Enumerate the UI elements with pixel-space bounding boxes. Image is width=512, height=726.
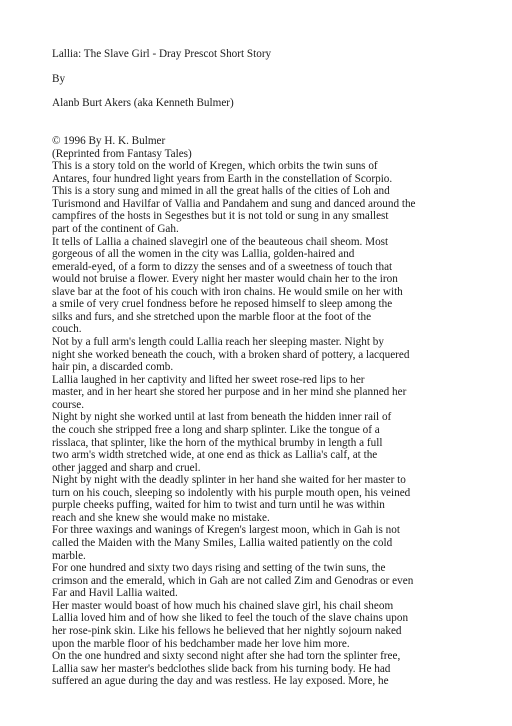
text-line: This is a story told on the world of Kre…	[52, 160, 492, 173]
text-line: This is a story sung and mimed in all th…	[52, 185, 492, 198]
text-line: night she worked beneath the couch, with…	[52, 349, 492, 362]
author-line: Alanb Burt Akers (aka Kenneth Bulmer)	[52, 97, 234, 110]
text-line: Her master would boast of how much his c…	[52, 600, 492, 613]
text-line: her rose-pink skin. Like his fellows he …	[52, 625, 492, 638]
text-line: master, and in her heart she stored her …	[52, 386, 492, 399]
text-line: For three waxings and wanings of Kregen'…	[52, 524, 492, 537]
text-line: marble.	[52, 550, 492, 563]
text-line: course.	[52, 399, 492, 412]
text-line: purple cheeks puffing, waited for him to…	[52, 499, 492, 512]
text-line: risslaca, that splinter, like the horn o…	[52, 437, 492, 450]
story-body: © 1996 By H. K. Bulmer (Reprinted from F…	[52, 135, 492, 688]
text-line: the couch she stripped free a long and s…	[52, 424, 492, 437]
text-line: On the one hundred and sixty second nigh…	[52, 650, 492, 663]
text-line: Far and Havil Lallia waited.	[52, 587, 492, 600]
text-line: reach and she knew she would make no mis…	[52, 512, 492, 525]
text-line: slave bar at the foot of his couch with …	[52, 286, 492, 299]
text-line: suffered an ague during the day and was …	[52, 675, 492, 688]
text-line: Night by night she worked until at last …	[52, 411, 492, 424]
text-line: called the Maiden with the Many Smiles, …	[52, 537, 492, 550]
copyright-line: © 1996 By H. K. Bulmer	[52, 135, 492, 148]
text-line: a smile of very cruel fondness before he…	[52, 298, 492, 311]
reprint-line: (Reprinted from Fantasy Tales)	[52, 148, 492, 161]
text-line: would not bruise a flower. Every night h…	[52, 273, 492, 286]
text-line: silks and furs, and she stretched upon t…	[52, 311, 492, 324]
text-line: crimson and the emerald, which in Gah ar…	[52, 575, 492, 588]
text-line: For one hundred and sixty two days risin…	[52, 562, 492, 575]
text-line: other jagged and sharp and cruel.	[52, 462, 492, 475]
text-line: Night by night with the deadly splinter …	[52, 474, 492, 487]
by-label: By	[52, 73, 65, 86]
text-line: Turismond and Havilfar of Vallia and Pan…	[52, 198, 492, 211]
text-line: Lallia saw her master's bedclothes slide…	[52, 663, 492, 676]
text-line: part of the continent of Gah.	[52, 223, 492, 236]
text-line: Not by a full arm's length could Lallia …	[52, 336, 492, 349]
text-line: emerald-eyed, of a form to dizzy the sen…	[52, 261, 492, 274]
document-title: Lallia: The Slave Girl - Dray Prescot Sh…	[52, 48, 271, 61]
text-line: gorgeous of all the women in the city wa…	[52, 248, 492, 261]
document-page: Lallia: The Slave Girl - Dray Prescot Sh…	[0, 0, 512, 726]
text-line: turn on his couch, sleeping so indolentl…	[52, 487, 492, 500]
text-line: two arm's width stretched wide, at one e…	[52, 449, 492, 462]
text-line: Lallia laughed in her captivity and lift…	[52, 374, 492, 387]
text-line: Lallia loved him and of how she liked to…	[52, 612, 492, 625]
text-line: campfires of the hosts in Segesthes but …	[52, 210, 492, 223]
text-line: It tells of Lallia a chained slavegirl o…	[52, 236, 492, 249]
text-line: upon the marble floor of his bedchamber …	[52, 638, 492, 651]
text-line: Antares, four hundred light years from E…	[52, 173, 492, 186]
text-line: hair pin, a discarded comb.	[52, 361, 492, 374]
text-line: couch.	[52, 323, 492, 336]
